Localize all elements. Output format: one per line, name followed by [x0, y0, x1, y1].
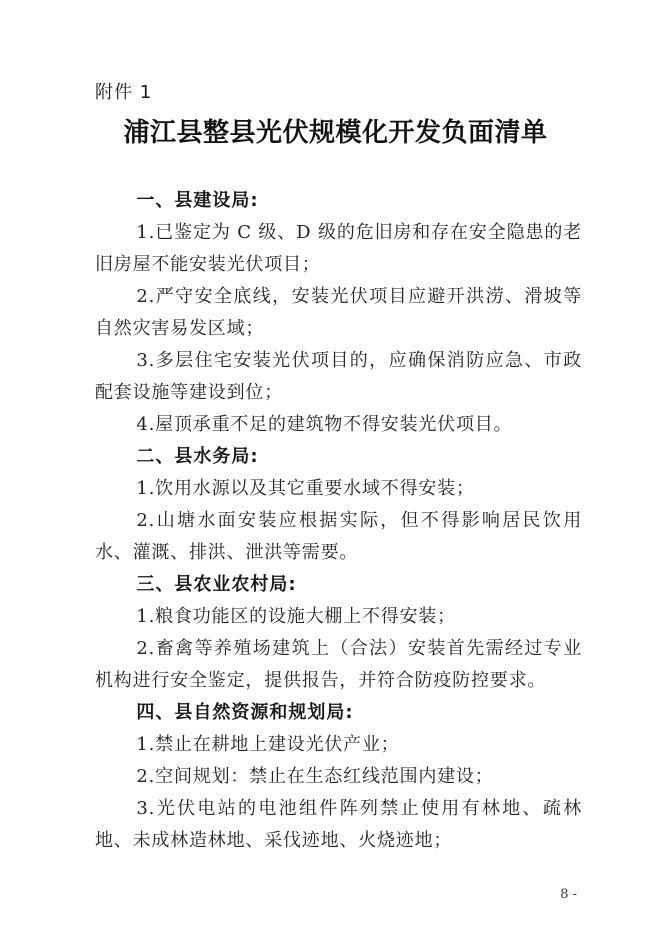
- document-body: 一、县建设局: 1.已鉴定为 C 级、D 级的危旧房和存在安全隐患的老旧房屋不能…: [95, 185, 582, 857]
- list-item: 1.已鉴定为 C 级、D 级的危旧房和存在安全隐患的老旧房屋不能安装光伏项目；: [95, 217, 582, 281]
- list-item: 2.畜禽等养殖场建筑上（合法）安装首先需经过专业机构进行安全鉴定，提供报告，并符…: [95, 633, 582, 697]
- list-item: 1.禁止在耕地上建设光伏产业；: [95, 729, 582, 761]
- list-item: 2.山塘水面安装应根据实际，但不得影响居民饮用水、灌溉、排洪、泄洪等需要。: [95, 505, 582, 569]
- section-heading-water-bureau: 二、县水务局:: [95, 441, 582, 473]
- document-page: 附件 1 浦江县整县光伏规模化开发负面清单 一、县建设局: 1.已鉴定为 C 级…: [0, 0, 671, 952]
- page-title: 浦江县整县光伏规模化开发负面清单: [0, 112, 671, 149]
- list-item: 2.严守安全底线，安装光伏项目应避开洪涝、滑坡等自然灾害易发区域；: [95, 281, 582, 345]
- list-item: 4.屋顶承重不足的建筑物不得安装光伏项目。: [95, 409, 582, 441]
- list-item: 3.光伏电站的电池组件阵列禁止使用有林地、疏林地、未成林造林地、采伐迹地、火烧迹…: [95, 793, 582, 857]
- list-item: 3.多层住宅安装光伏项目的，应确保消防应急、市政配套设施等建设到位；: [95, 345, 582, 409]
- list-item: 2.空间规划：禁止在生态红线范围内建设；: [95, 761, 582, 793]
- list-item: 1.粮食功能区的设施大棚上不得安装；: [95, 601, 582, 633]
- list-item: 1.饮用水源以及其它重要水域不得安装；: [95, 473, 582, 505]
- section-heading-construction-bureau: 一、县建设局:: [95, 185, 582, 217]
- attachment-label: 附件 1: [95, 78, 152, 104]
- section-heading-agriculture-bureau: 三、县农业农村局:: [95, 569, 582, 601]
- page-number: 8 -: [560, 887, 577, 902]
- section-heading-natural-resources-bureau: 四、县自然资源和规划局:: [95, 697, 582, 729]
